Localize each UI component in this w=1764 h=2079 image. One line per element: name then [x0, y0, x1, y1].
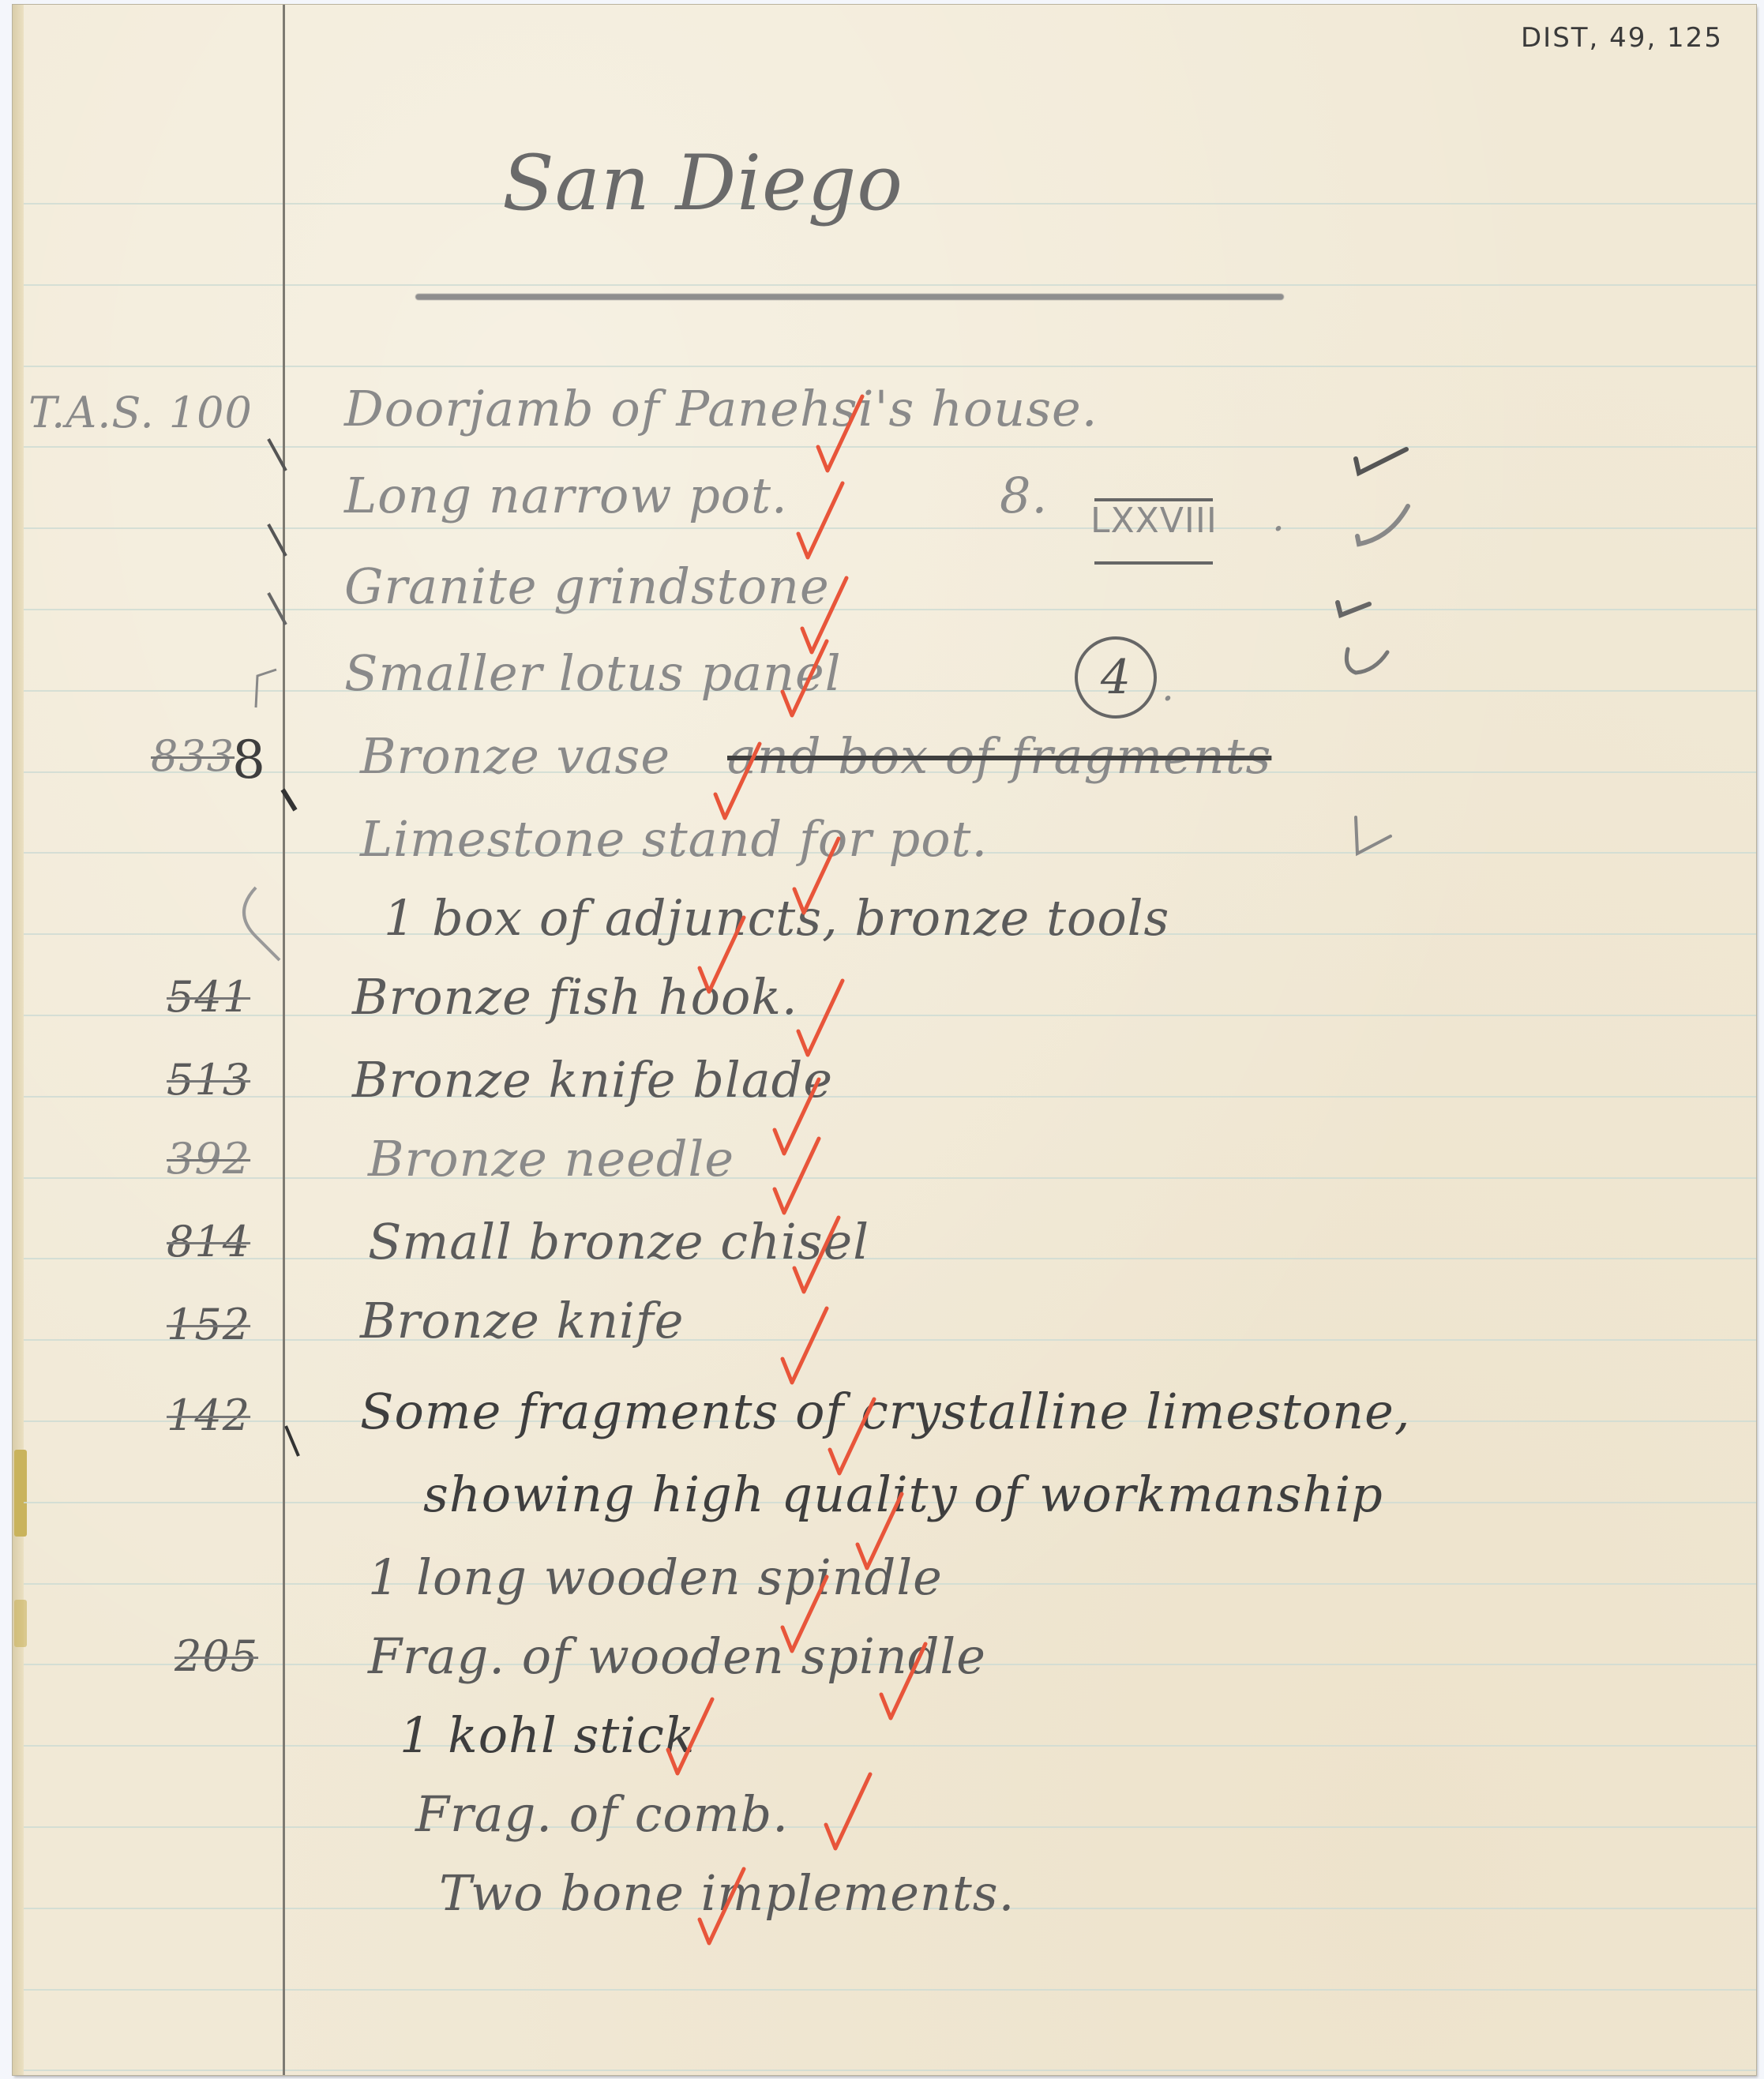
pencil-check-icon: [1343, 644, 1406, 684]
margin-tick-icon: [280, 786, 311, 834]
entry-text: 1 box of adjuncts, bronze tools: [384, 889, 1169, 947]
red-check-icon: [695, 913, 750, 1000]
struck-reference-number: 541: [167, 972, 250, 1022]
entry-text: 1 kohl stick: [400, 1706, 695, 1764]
red-check-icon: [813, 392, 869, 478]
red-check-icon: [711, 739, 766, 826]
binding-thread-mark: [14, 1600, 27, 1647]
margin-tick-icon: [264, 516, 295, 564]
red-check-icon: [695, 1864, 750, 1951]
red-check-icon: [825, 1394, 880, 1481]
entry-text: Bronze knife: [360, 1292, 685, 1349]
pencil-check-icon: [1351, 814, 1414, 861]
margin-arc-icon: [232, 881, 287, 968]
binding-thread-mark: [14, 1450, 27, 1537]
red-check-icon: [876, 1639, 932, 1726]
pencil-check-icon: [1351, 498, 1414, 554]
circled-number: 4: [1075, 636, 1157, 719]
red-check-icon: [778, 1572, 833, 1659]
circled-number-value: 4: [1101, 650, 1131, 705]
struck-reference-number: 205: [175, 1631, 258, 1681]
struck-reference-number: 513: [167, 1055, 250, 1105]
margin-tick-icon: [264, 431, 295, 478]
struck-entry-text: and box of fragments: [727, 727, 1271, 785]
entry-trailing-period: .: [1272, 494, 1285, 540]
pencil-check-icon: [1333, 593, 1396, 625]
entry-text: Limestone stand for pot.: [360, 810, 988, 868]
red-check-icon: [778, 1304, 833, 1390]
margin-tick-icon: [281, 1418, 313, 1465]
page-title: San Diego: [502, 139, 903, 227]
red-check-icon: [790, 1213, 845, 1300]
accession-mark: DIST, 49, 125: [1521, 22, 1723, 54]
entry-text: Bronze needle: [368, 1130, 734, 1188]
struck-reference-number: 833: [151, 731, 235, 781]
title-underline: [415, 294, 1284, 300]
red-check-icon: [794, 478, 849, 565]
entry-text: Granite grindstone: [344, 557, 830, 615]
torn-binding-edge: [13, 5, 24, 2075]
red-check-icon: [853, 1489, 908, 1576]
entry-text: Doorjamb of Panehsi's house.: [344, 380, 1098, 437]
margin-tick-icon: [264, 585, 295, 632]
struck-reference-number: 392: [167, 1134, 250, 1184]
entry-trailing-period: .: [1162, 664, 1175, 710]
margin-tick-icon: [250, 668, 281, 715]
entry-suffix: 8.: [1000, 467, 1048, 524]
entry-text: Smaller lotus panel: [344, 644, 842, 702]
struck-reference-number: 814: [167, 1217, 250, 1267]
entry-text: Some fragments of crystalline limestone,: [360, 1383, 1411, 1440]
roman-underline: [1094, 561, 1213, 565]
pencil-check-icon: [1351, 443, 1414, 482]
roman-numeral: LXXVIII: [1090, 501, 1218, 541]
entry-text: Frag. of comb.: [415, 1785, 789, 1843]
red-check-icon: [794, 976, 849, 1063]
notebook-page: DIST, 49, 125 San Diego T.A.S. 100 Doorj…: [13, 5, 1756, 2075]
red-check-icon: [770, 1134, 825, 1221]
margin-line: [283, 5, 285, 2075]
struck-reference-number: 152: [167, 1300, 250, 1349]
entry-text: Bronze vase: [360, 727, 670, 785]
red-check-icon: [790, 834, 845, 921]
red-check-icon: [778, 636, 833, 723]
red-check-icon: [663, 1694, 719, 1781]
red-check-icon: [821, 1769, 876, 1856]
entry-text: Long narrow pot.: [344, 467, 788, 524]
struck-reference-number: 142: [167, 1390, 250, 1440]
reference-number: 8: [232, 730, 266, 790]
reference-number: T.A.S. 100: [28, 388, 253, 437]
entry-text: Bronze knife blade: [352, 1051, 833, 1109]
